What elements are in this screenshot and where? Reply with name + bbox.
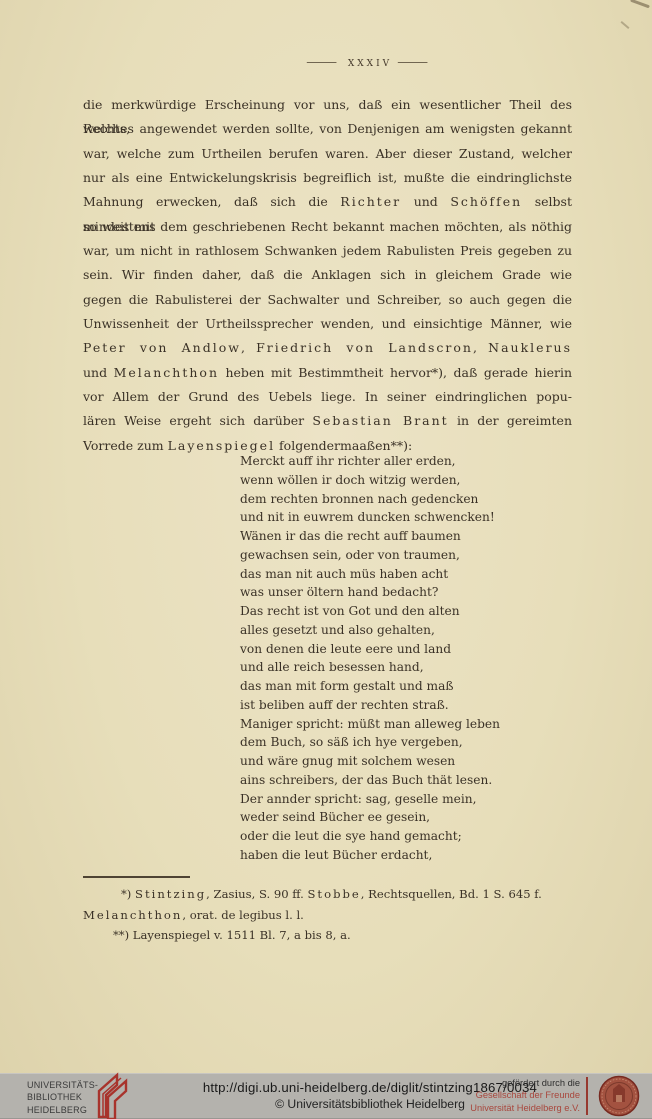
text-line: gegen die Rabulisterei der Sachwalter un… xyxy=(83,288,572,312)
funding-line: gefördert durch die xyxy=(430,1077,580,1089)
university-seal-icon xyxy=(597,1075,641,1117)
poem-line: Der annder spricht: sag, geselle mein, xyxy=(240,790,500,809)
funding-org: Universität Heidelberg e.V. xyxy=(430,1102,580,1114)
poem-line: Maniger spricht: müßt man alleweg leben xyxy=(240,715,500,734)
poem-line: alles gesetzt und also gehalten, xyxy=(240,621,500,640)
scan-artifact xyxy=(630,0,650,8)
funding-org: Gesellschaft der Freunde xyxy=(430,1089,580,1101)
footer-bar: UNIVERSITÄTS- BIBLIOTHEK HEIDELBERG http… xyxy=(0,1073,652,1119)
text-line: war, um nicht in rathlosem Schwanken jed… xyxy=(83,239,572,263)
footnote-line: Melanchthon, orat. de legibus l. l. xyxy=(83,905,572,926)
poem-line: das man nit auch müs haben acht xyxy=(240,565,500,584)
text-line: war, welche zum Urtheilen berufen waren.… xyxy=(83,142,572,166)
main-paragraph: die merkwürdige Erscheinung vor uns, daß… xyxy=(83,93,572,458)
text-line: sein. Wir finden daher, daß die Anklagen… xyxy=(83,263,572,287)
poem-line: und nit in euwrem duncken schwencken! xyxy=(240,508,500,527)
footnotes: *) Stintzing, Zasius, S. 90 ff. Stobbe, … xyxy=(83,884,572,946)
poem-line: von denen die leute eere und land xyxy=(240,640,500,659)
poem-line: das man mit form gestalt und maß xyxy=(240,677,500,696)
header-dash: — xyxy=(397,54,435,69)
poem-line: dem rechten bronnen nach gedencken xyxy=(240,490,500,509)
text-line: lären Weise ergeht sich darüber Sebastia… xyxy=(83,409,572,433)
poem-line: Wänen ir das die recht auff baumen xyxy=(240,527,500,546)
footnote-line: **) Layenspiegel v. 1511 Bl. 7, a bis 8,… xyxy=(83,925,572,946)
poem-line: haben die leut Bücher erdacht, xyxy=(240,846,500,865)
footnote-rule xyxy=(83,876,190,878)
funding-credit: gefördert durch die Gesellschaft der Fre… xyxy=(430,1077,580,1114)
poem-line: und wäre gnug mit solchem wesen xyxy=(240,752,500,771)
text-line: Unwissenheit der Urtheilssprecher wenden… xyxy=(83,312,572,336)
poem-line: weder seind Bücher ee gesein, xyxy=(240,808,500,827)
text-line: die merkwürdige Erscheinung vor uns, daß… xyxy=(83,93,572,117)
page-header: — xxxiv — xyxy=(88,54,652,69)
text-line: vor Allem der Grund des Uebels liege. In… xyxy=(83,385,572,409)
text-line: so weit mit dem geschriebenen Recht beka… xyxy=(83,215,572,239)
poem-block: Merckt auff ihr richter aller erden, wen… xyxy=(240,452,500,865)
scanned-page: — xxxiv — die merkwürdige Erscheinung vo… xyxy=(0,0,652,1119)
separator-line xyxy=(586,1077,588,1115)
text-line: Mahnung erwecken, daß sich die Richter u… xyxy=(83,190,572,214)
poem-line: was unser öltern hand bedacht? xyxy=(240,583,500,602)
poem-line: und alle reich besessen hand, xyxy=(240,658,500,677)
footnote-line: *) Stintzing, Zasius, S. 90 ff. Stobbe, … xyxy=(83,884,572,905)
page-number: xxxiv xyxy=(348,54,392,69)
header-dash: — xyxy=(306,54,344,69)
poem-line: oder die leut die sye hand gemacht; xyxy=(240,827,500,846)
open-book-icon xyxy=(84,1069,136,1119)
text-line: Peter von Andlow, Friedrich von Landscro… xyxy=(83,336,572,360)
text-line: und Melanchthon heben mit Bestimmtheit h… xyxy=(83,361,572,385)
poem-line: ains schreibers, der das Buch thät lesen… xyxy=(240,771,500,790)
poem-line: dem Buch, so säß ich hye vergeben, xyxy=(240,733,500,752)
poem-line: wenn wöllen ir doch witzig werden, xyxy=(240,471,500,490)
scan-artifact xyxy=(621,21,630,29)
poem-line: Merckt auff ihr richter aller erden, xyxy=(240,452,500,471)
text-line: welches angewendet werden sollte, von De… xyxy=(83,117,572,141)
poem-line: Das recht ist von Got und den alten xyxy=(240,602,500,621)
text-line: nur als eine Entwickelungskrisis begreif… xyxy=(83,166,572,190)
poem-line: ist beliben auff der rechten straß. xyxy=(240,696,500,715)
poem-line: gewachsen sein, oder von traumen, xyxy=(240,546,500,565)
